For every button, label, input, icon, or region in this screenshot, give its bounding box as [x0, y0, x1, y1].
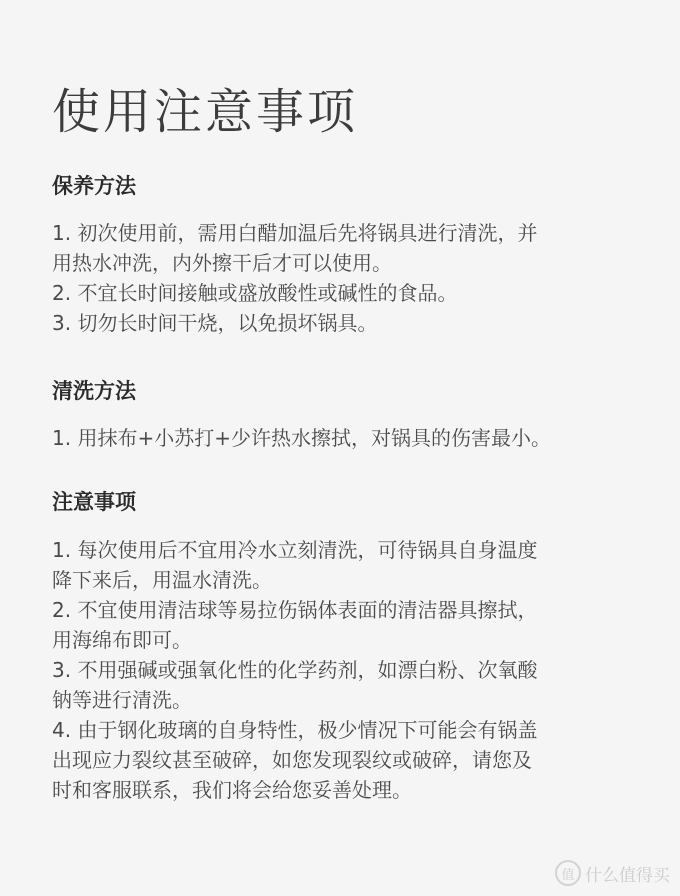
text-line: 1. 用抹布+小苏打+少许热水擦拭，对锅具的伤害最小。: [52, 423, 652, 453]
text-line: 4. 由于钢化玻璃的自身特性，极少情况下可能会有锅盖: [52, 715, 652, 745]
text-line: 2. 不宜长时间接触或盛放酸性或碱性的食品。: [52, 278, 652, 308]
watermark-text: 什么值得买: [585, 861, 670, 886]
section-heading-maintenance: 保养方法: [52, 172, 136, 200]
section-body-maintenance: 1. 初次使用前，需用白醋加温后先将锅具进行清洗，并 用热水冲洗，内外擦干后才可…: [52, 218, 652, 338]
page-title: 使用注意事项: [52, 82, 358, 142]
section-heading-notes: 注意事项: [52, 488, 136, 516]
text-line: 1. 初次使用前，需用白醋加温后先将锅具进行清洗，并: [52, 218, 652, 248]
text-line: 时和客服联系，我们将会给您妥善处理。: [52, 775, 652, 805]
watermark-logo-icon: 值: [555, 860, 581, 886]
section-body-cleaning: 1. 用抹布+小苏打+少许热水擦拭，对锅具的伤害最小。: [52, 423, 652, 453]
text-line: 3. 不用强碱或强氧化性的化学药剂，如漂白粉、次氧酸: [52, 655, 652, 685]
text-line: 2. 不宜使用清洁球等易拉伤锅体表面的清洁器具擦拭，: [52, 595, 652, 625]
watermark: 值 什么值得买: [555, 860, 670, 886]
text-line: 1. 每次使用后不宜用冷水立刻清洗，可待锅具自身温度: [52, 535, 652, 565]
section-body-notes: 1. 每次使用后不宜用冷水立刻清洗，可待锅具自身温度 降下来后，用温水清洗。 2…: [52, 535, 652, 805]
text-line: 降下来后，用温水清洗。: [52, 565, 652, 595]
text-line: 3. 切勿长时间干烧，以免损坏锅具。: [52, 308, 652, 338]
text-line: 用海绵布即可。: [52, 625, 652, 655]
text-line: 用热水冲洗，内外擦干后才可以使用。: [52, 248, 652, 278]
text-line: 出现应力裂纹甚至破碎，如您发现裂纹或破碎，请您及: [52, 745, 652, 775]
text-line: 钠等进行清洗。: [52, 685, 652, 715]
section-heading-cleaning: 清洗方法: [52, 377, 136, 405]
